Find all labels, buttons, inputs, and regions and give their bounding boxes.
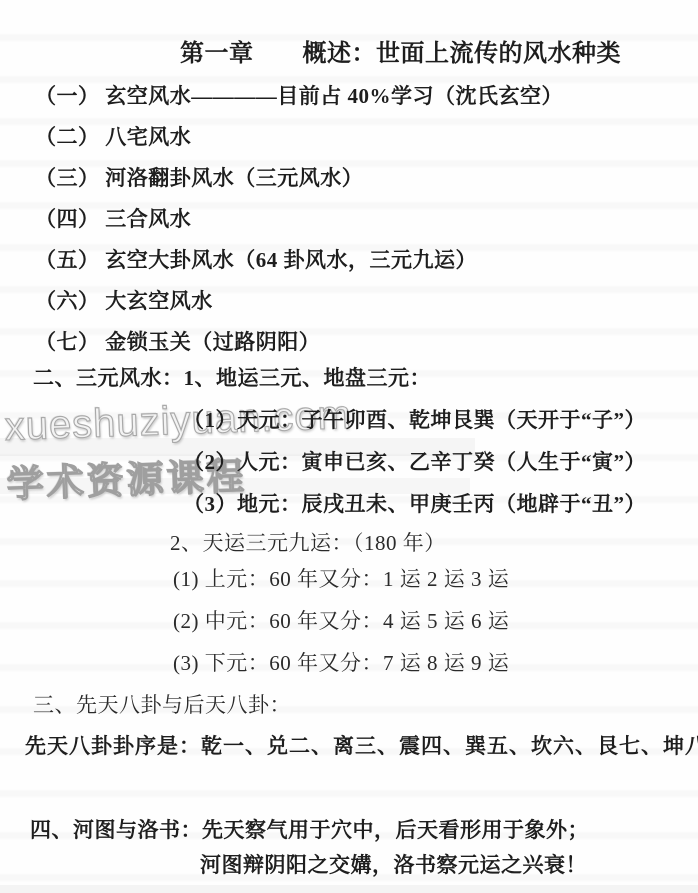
section2-heading: 二、三元风水：1、地运三元、地盘三元： — [33, 366, 431, 390]
document-page: xueshuziyuan.com 学术资源课程 第一章 概述：世面上流传的风水种… — [0, 0, 698, 893]
sanyuan-renyuan-line: （2）人元：寅申已亥、乙辛丁癸（人生于“寅”） — [183, 450, 646, 474]
fengshui-type-item-4: （四） 三合风水 — [35, 207, 191, 231]
tianyun-lower-line: (3) 下元：60 年又分：7 运 8 运 9 运 — [173, 651, 509, 675]
fengshui-type-item-2: （二） 八宅风水 — [35, 125, 191, 149]
section4-line2: 河图辩阴阳之交媾，洛书察元运之兴衰！ — [200, 853, 587, 877]
fengshui-type-item-7: （七） 金锁玉关（过路阴阳） — [35, 330, 320, 354]
section3-heading: 三、先天八卦与后天八卦： — [33, 693, 291, 717]
sanyuan-tianyuan-line: （1）天元：子午卯酉、乾坤艮巽（天开于“子”） — [183, 408, 646, 432]
bagua-sequence-line: 先天八卦卦序是：乾一、兑二、离三、震四、巽五、坎六、艮七、坤八 — [25, 734, 698, 758]
tianyun-heading: 2、天运三元九运：（180 年） — [170, 531, 446, 555]
sanyuan-diyuan-line: （3）地元：辰戌丑未、甲庚壬丙（地辟于“丑”） — [183, 492, 646, 516]
scan-band — [0, 885, 698, 893]
tianyun-middle-line: (2) 中元：60 年又分：4 运 5 运 6 运 — [173, 609, 509, 633]
fengshui-type-item-6: （六） 大玄空风水 — [35, 289, 213, 313]
fengshui-type-item-5: （五） 玄空大卦风水（64 卦风水，三元九运） — [35, 248, 477, 272]
chapter-title: 第一章 概述：世面上流传的风水种类 — [180, 33, 621, 68]
fengshui-type-item-3: （三） 河洛翻卦风水（三元风水） — [35, 166, 363, 190]
fengshui-type-item-1: （一） 玄空风水————目前占 40%学习（沈氏玄空） — [35, 84, 563, 108]
tianyun-upper-line: (1) 上元：60 年又分：1 运 2 运 3 运 — [173, 567, 509, 591]
section4-line1: 四、河图与洛书：先天察气用于穴中，后天看形用于象外； — [30, 818, 589, 842]
